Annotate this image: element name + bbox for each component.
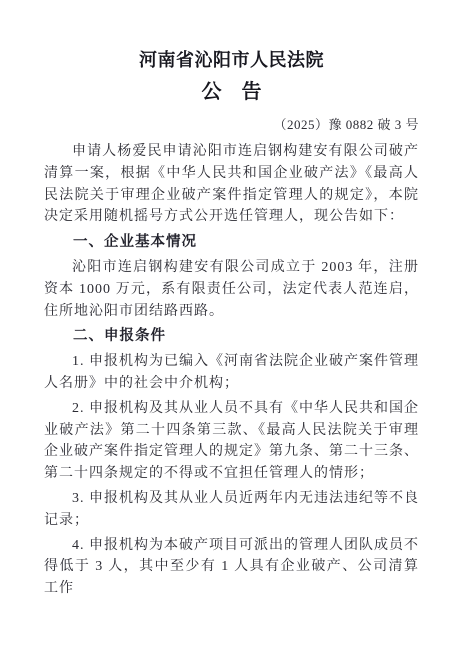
section-heading-company-info: 一、企业基本情况 [44, 232, 419, 254]
intro-paragraph: 申请人杨爱民申请沁阳市连启钢构建安有限公司破产清算一案，根据《中华人民共和国企业… [44, 141, 419, 228]
court-name-title: 河南省沁阳市人民法院 [44, 49, 419, 71]
company-info-paragraph: 沁阳市连启钢构建安有限公司成立于 2003 年，注册资本 1000 万元，系有限… [44, 257, 419, 322]
condition-item-1: 1. 申报机构为已编入《河南省法院企业破产案件管理人名册》中的社会中介机构； [44, 351, 419, 395]
document-title: 公 告 [44, 80, 419, 105]
document-body: 申请人杨爱民申请沁阳市连启钢构建安有限公司破产清算一案，根据《中华人民共和国企业… [44, 141, 419, 600]
document-page: 河南省沁阳市人民法院 公 告 （2025）豫 0882 破 3 号 申请人杨爱民… [0, 0, 462, 650]
condition-item-4: 4. 申报机构为本破产项目可派出的管理人团队成员不得低于 3 人，其中至少有 1… [44, 535, 419, 600]
case-number: （2025）豫 0882 破 3 号 [44, 116, 419, 133]
condition-item-2: 2. 申报机构及其从业人员不具有《中华人民共和国企业破产法》第二十四条第三款、《… [44, 398, 419, 485]
condition-item-3: 3. 申报机构及其从业人员近两年内无违法违纪等不良记录； [44, 488, 419, 532]
section-heading-application-conditions: 二、申报条件 [44, 326, 419, 348]
